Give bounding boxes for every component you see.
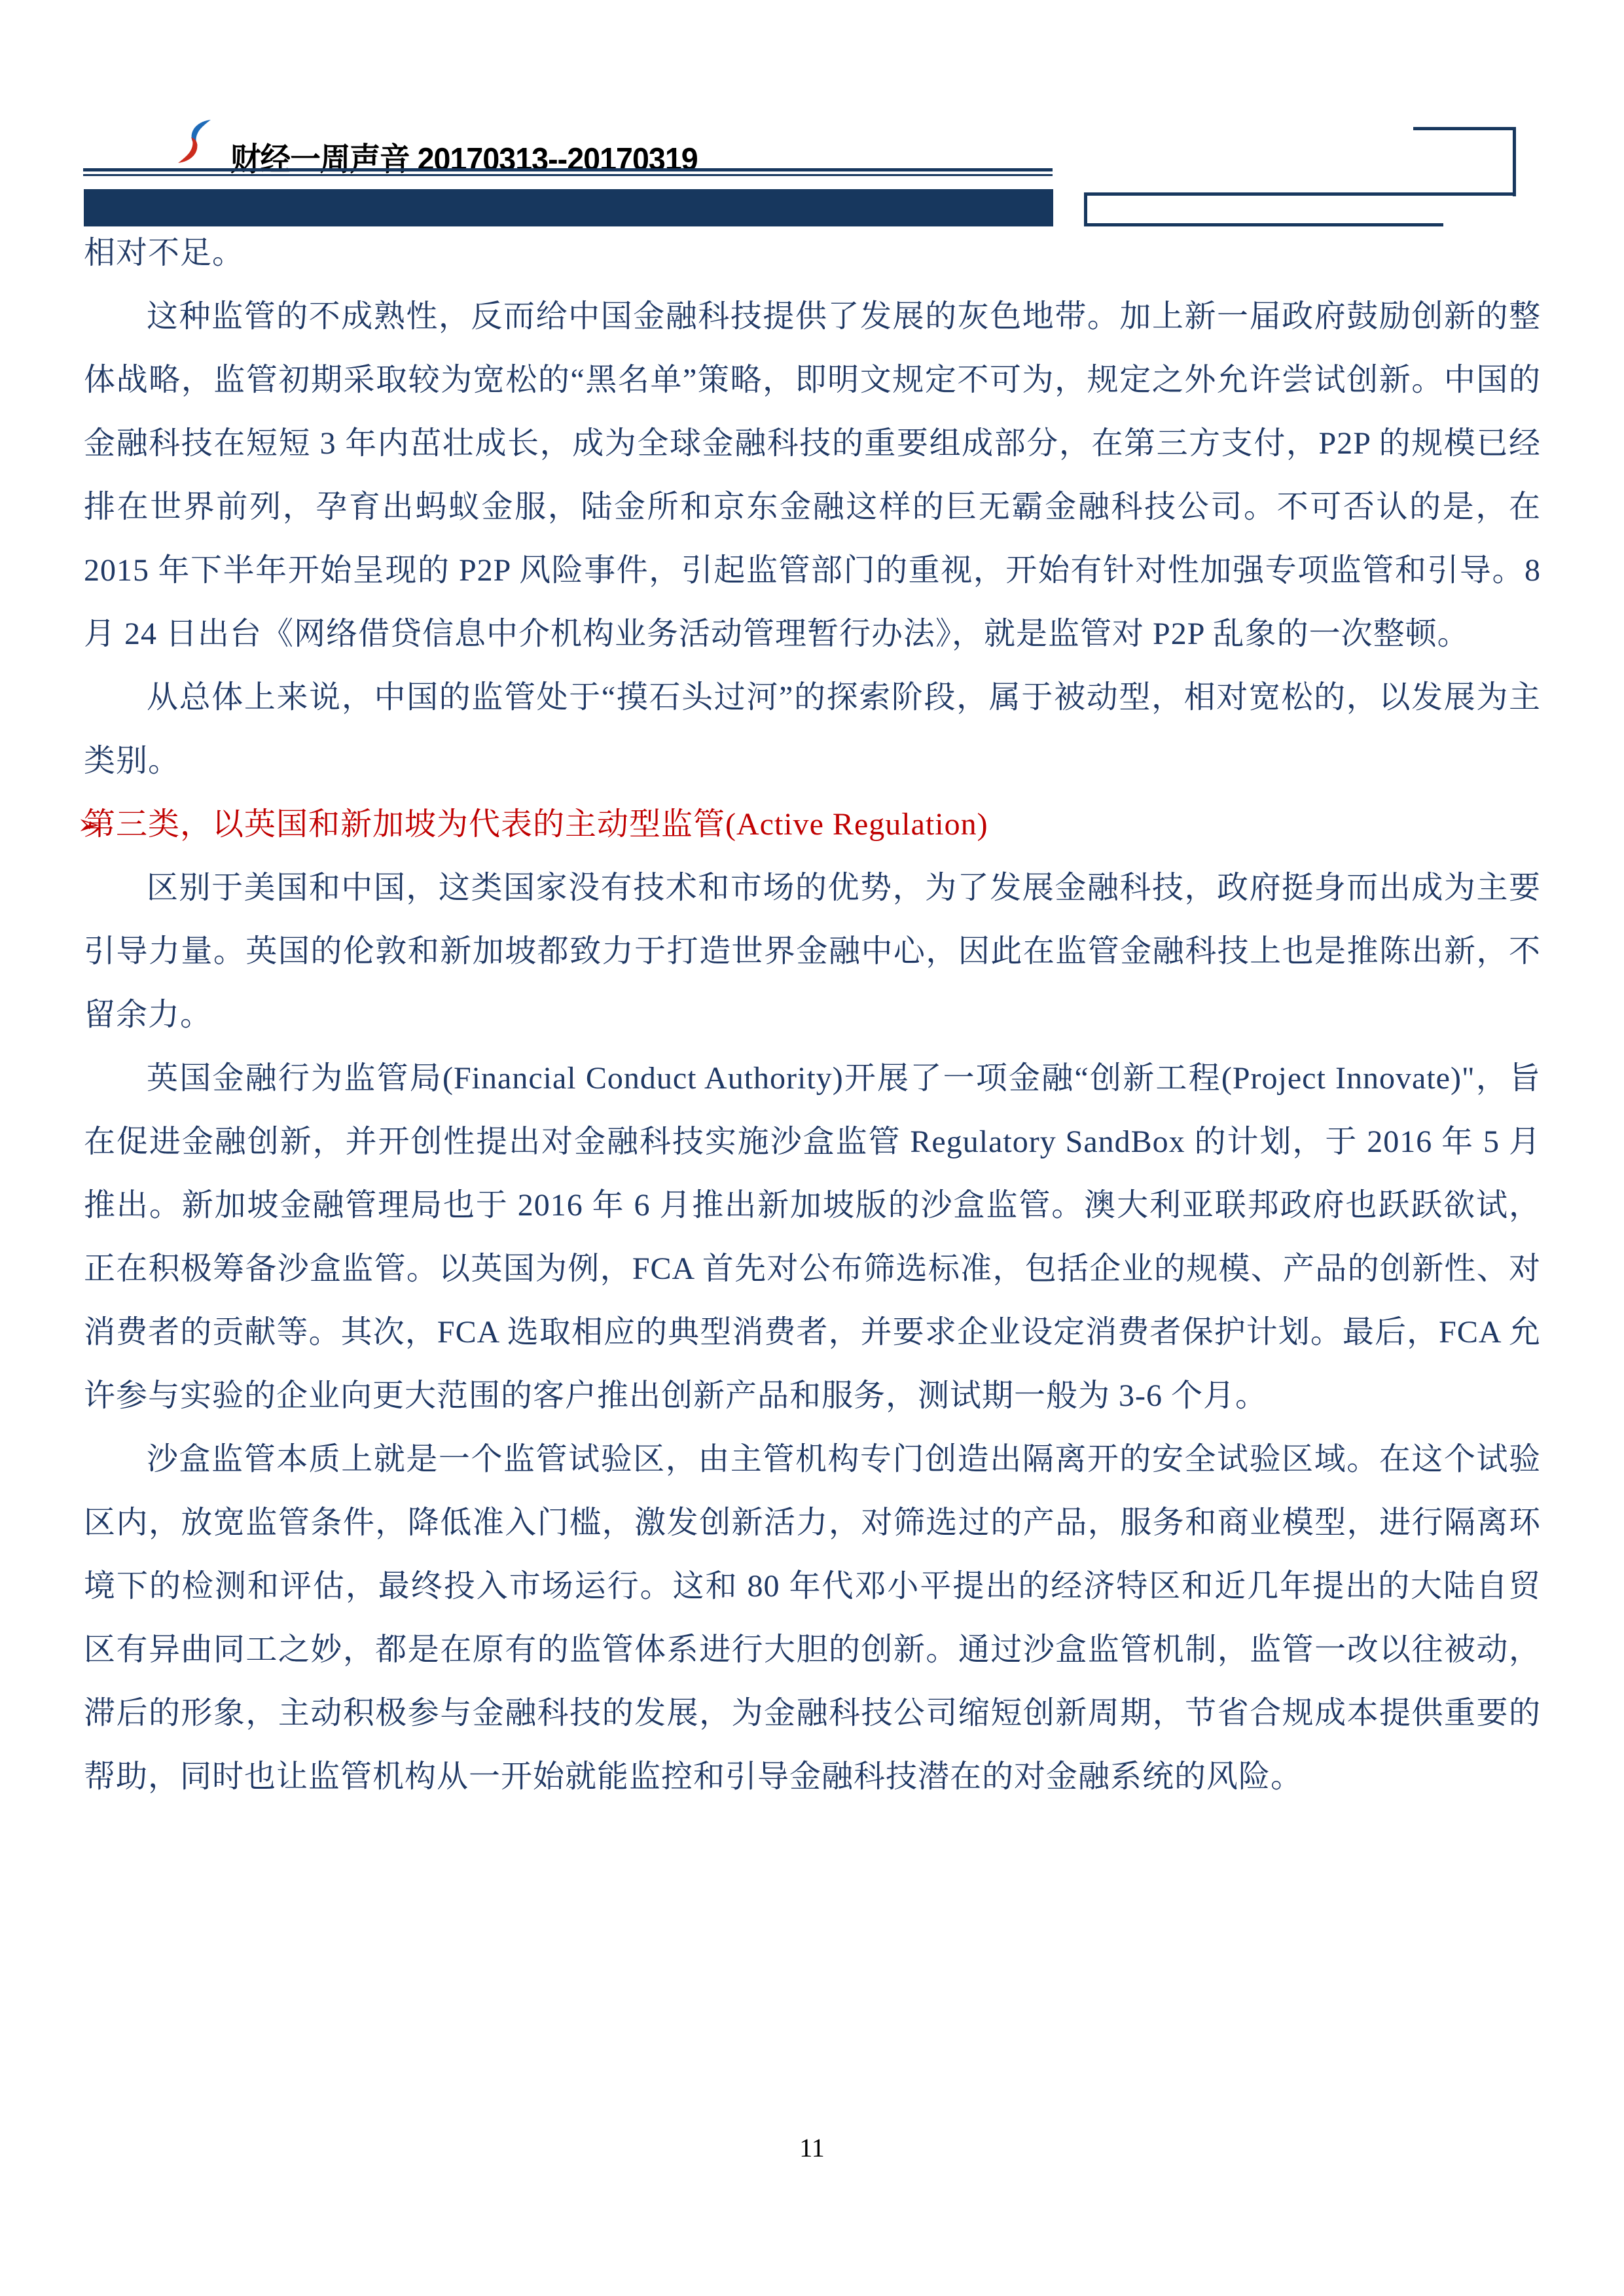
- document-body: 相对不足。 这种监管的不成熟性，反而给中国金融科技提供了发展的灰色地带。加上新一…: [84, 221, 1541, 1808]
- section-heading: ➢ 第三类，以英国和新加坡为代表的主动型监管(Active Regulation…: [84, 793, 1541, 856]
- header-rule-thick: [83, 168, 1053, 171]
- deco-frame-right: [1513, 127, 1516, 196]
- paragraph: 英国金融行为监管局(Financial Conduct Authority)开展…: [84, 1047, 1541, 1427]
- paragraph: 区别于美国和中国，这类国家没有技术和市场的优势，为了发展金融科技，政府挺身而出成…: [84, 856, 1541, 1047]
- paragraph-continuation: 相对不足。: [84, 221, 1541, 285]
- paragraph: 沙盒监管本质上就是一个监管试验区，由主管机构专门创造出隔离开的安全试验区域。在这…: [84, 1427, 1541, 1808]
- document-page: 财经一周声音 20170313--20170319 相对不足。 这种监管的不成熟…: [0, 0, 1624, 2296]
- section-heading-text: 第三类，以英国和新加坡为代表的主动型监管(Active Regulation): [84, 807, 988, 842]
- brand-logo-icon: [174, 118, 215, 164]
- paragraph: 这种监管的不成熟性，反而给中国金融科技提供了发展的灰色地带。加上新一届政府鼓励创…: [84, 285, 1541, 666]
- page-number: 11: [0, 2132, 1624, 2163]
- document-title: 财经一周声音 20170313--20170319: [230, 134, 698, 180]
- deco-frame-middle: [1084, 192, 1516, 196]
- deco-frame-top: [1413, 127, 1516, 130]
- header-rule-thin: [83, 174, 1053, 176]
- arrow-bullet-icon: ➢: [77, 793, 101, 856]
- paragraph: 从总体上来说，中国的监管处于“摸石头过河”的探索阶段，属于被动型，相对宽松的，以…: [84, 666, 1541, 793]
